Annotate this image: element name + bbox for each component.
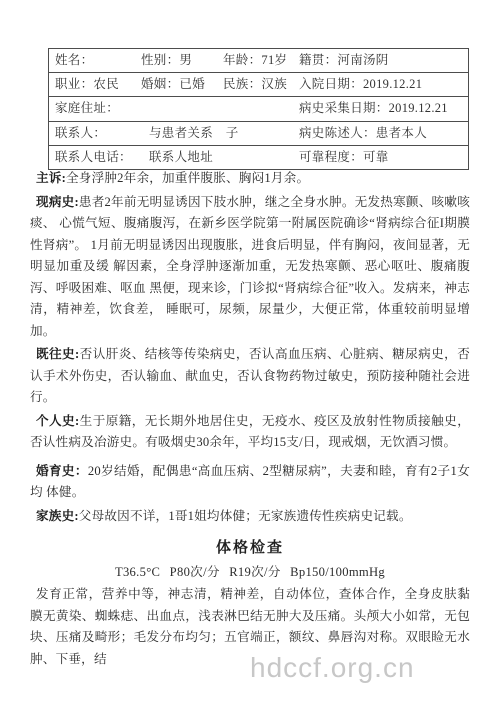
cell-contact-phone-label: 联系人电话： — [55, 146, 132, 169]
section-text-family-history: 父母故因不详，1哥1姐均体健；无家族遗传性疾病史记载。 — [79, 509, 412, 523]
section-label-present-illness: 现病史: — [36, 195, 79, 209]
patient-info-table: 姓名： 性别：男 年龄：71岁 籍贯：河南汤阴 职业：农民 婚姻：已婚 民族：汉… — [48, 48, 469, 170]
section-text-marital-history: 20岁结婚，配偶患“高血压病、2型糖尿病”，夫妻和睦，育有2子1女均 体健。 — [30, 464, 470, 500]
cell-sex: 性别：男 — [141, 49, 192, 72]
cell-relation: 与患者关系 子 — [149, 122, 239, 145]
section-label-chief-complaint: 主诉: — [36, 171, 66, 185]
site-watermark: hdccf.org.cn — [250, 652, 415, 684]
section-text-present-illness: 患者2年前无明显诱因下肢水肿，继之全身水肿。无发热寒颤、咳嗽咳痰、 心慌气短、腹… — [30, 195, 470, 338]
section-personal-history: 个人史:生于原籍，无长期外地居住史，无疫水、疫区及放射性物质接触史，否认性病及冶… — [30, 411, 470, 454]
section-marital-history: 婚育史：20岁结婚，配偶患“高血压病、2型糖尿病”，夫妻和睦，育有2子1女均 体… — [30, 461, 470, 504]
cell-contact-address-label: 联系人地址 — [149, 146, 213, 169]
section-chief-complaint: 主诉:全身浮肿2年余，加重伴腹胀、胸闷1月余。 — [30, 168, 470, 190]
table-row-identity: 姓名： 性别：男 年龄：71岁 籍贯：河南汤阴 — [49, 49, 468, 72]
table-row-contact: 联系人： 与患者关系 子 病史陈述人：患者本人 — [49, 121, 468, 145]
cell-admission-date: 入院日期：2019.12.21 — [299, 73, 422, 96]
medical-record-page: 姓名： 性别：男 年龄：71岁 籍贯：河南汤阴 职业：农民 婚姻：已婚 民族：汉… — [0, 0, 500, 707]
cell-occupation: 职业：农民 — [55, 73, 119, 96]
section-label-past-history: 既往史: — [36, 347, 79, 361]
vital-signs-line: T36.5°C P80次/分 R19次/分 Bp150/100mmHg — [30, 562, 470, 584]
section-label-family-history: 家族史: — [36, 509, 79, 523]
table-row-occupation: 职业：农民 婚姻：已婚 民族：汉族 入院日期：2019.12.21 — [49, 72, 468, 96]
section-text-chief-complaint: 全身浮肿2年余，加重伴腹胀、胸闷1月余。 — [66, 171, 309, 185]
section-past-history: 既往史:否认肝炎、结核等传染病史，否认高血压病、心脏病、糖尿病史，否认手术外伤史… — [30, 344, 470, 409]
cell-home-address-label: 家庭住址： — [55, 97, 119, 120]
cell-reliability: 可靠程度：可靠 — [299, 146, 389, 169]
cell-age: 年龄：71岁 — [223, 49, 287, 72]
table-row-address: 家庭住址： 病史采集日期：2019.12.21 — [49, 96, 468, 120]
cell-native-place: 籍贯：河南汤阴 — [299, 49, 389, 72]
cell-name-label: 姓名： — [55, 49, 93, 72]
cell-contact-label: 联系人： — [55, 122, 106, 145]
cell-history-teller: 病史陈述人：患者本人 — [299, 122, 427, 145]
table-row-contact-phone: 联系人电话： 联系人地址 可靠程度：可靠 — [49, 145, 468, 169]
section-text-past-history: 否认肝炎、结核等传染病史，否认高血压病、心脏病、糖尿病史，否认手术外伤史，否认输… — [30, 347, 470, 404]
section-label-marital-history: 婚育史： — [36, 464, 88, 478]
section-text-personal-history: 生于原籍，无长期外地居住史，无疫水、疫区及放射性物质接触史，否认性病及冶游史。有… — [30, 414, 470, 450]
section-label-personal-history: 个人史: — [36, 414, 79, 428]
section-present-illness: 现病史:患者2年前无明显诱因下肢水肿，继之全身水肿。无发热寒颤、咳嗽咳痰、 心慌… — [30, 192, 470, 343]
cell-history-collect-date: 病史采集日期：2019.12.21 — [299, 97, 448, 120]
cell-marriage: 婚姻：已婚 — [141, 73, 205, 96]
cell-ethnicity: 民族：汉族 — [223, 73, 287, 96]
record-body: 主诉:全身浮肿2年余，加重伴腹胀、胸闷1月余。 现病史:患者2年前无明显诱因下肢… — [30, 168, 470, 670]
physical-exam-heading: 体格检查 — [30, 538, 470, 560]
section-family-history: 家族史:父母故因不详，1哥1姐均体健；无家族遗传性疾病史记载。 — [30, 506, 470, 528]
